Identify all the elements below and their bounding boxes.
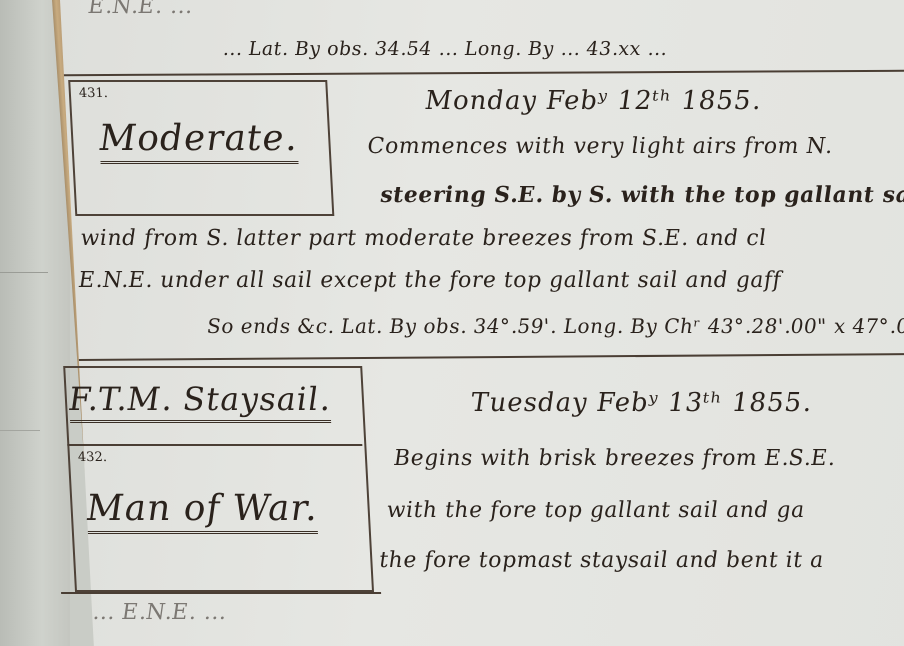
entry-body-line: steering S.E. by S. with the top gallant… bbox=[380, 182, 904, 208]
board-seam bbox=[0, 430, 40, 431]
entry-body-line: the fore topmast staysail and bent it a bbox=[379, 548, 825, 573]
bottom-fragment: ... E.N.E. ... bbox=[91, 600, 226, 625]
top-fragment-line-2: ... Lat. By obs. 34.54 ... Long. By ... … bbox=[222, 38, 667, 60]
entry-number: 431. bbox=[79, 86, 109, 101]
entry-position-line: So ends &c. Lat. By obs. 34°.59'. Long. … bbox=[206, 314, 904, 338]
margin-label: Moderate. bbox=[98, 118, 298, 159]
divider-rule bbox=[61, 592, 381, 594]
entry-body-line: E.N.E. under all sail except the fore to… bbox=[78, 268, 782, 293]
entry-body-line: Commences with very light airs from N. bbox=[367, 134, 833, 159]
margin-label-staysail: F.T.M. Staysail. bbox=[68, 380, 331, 418]
entry-date: Tuesday Febʸ 13ᵗʰ 1855. bbox=[470, 388, 812, 418]
log-page: E.N.E. ... ... Lat. By obs. 34.54 ... Lo… bbox=[60, 0, 904, 646]
divider-rule bbox=[64, 70, 904, 76]
entry-body-line: wind from S. latter part moderate breeze… bbox=[80, 226, 767, 251]
entry-body-line: with the fore top gallant sail and ga bbox=[386, 498, 805, 523]
top-fragment-line-1: E.N.E. ... bbox=[88, 0, 193, 19]
divider-rule bbox=[79, 353, 904, 361]
entry-number: 432. bbox=[78, 450, 108, 465]
entry-body-line: Begins with brisk breezes from E.S.E. bbox=[393, 446, 835, 471]
margin-label-man-of-war: Man of War. bbox=[86, 488, 319, 529]
margin-divider bbox=[67, 444, 362, 446]
board-seam bbox=[0, 272, 48, 273]
entry-date: Monday Febʸ 12ᵗʰ 1855. bbox=[425, 86, 762, 116]
